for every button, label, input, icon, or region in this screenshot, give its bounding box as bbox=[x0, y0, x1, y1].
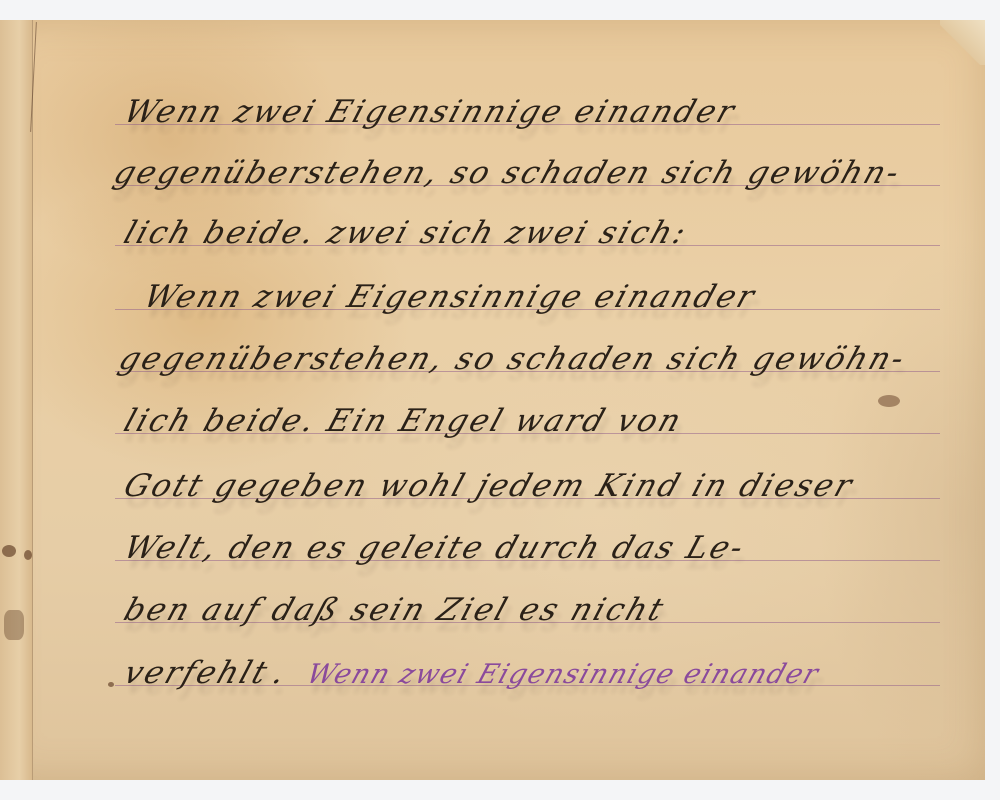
purple-ink-line: Wenn zwei Eigensinnige einander bbox=[303, 659, 823, 690]
handwritten-line: lich beide. zwei sich zwei sich: bbox=[120, 218, 960, 249]
ink-stain bbox=[2, 545, 16, 557]
handwritten-line: gegenüberstehen, so schaden sich gewöhn- bbox=[110, 158, 950, 189]
ink-stain bbox=[108, 682, 114, 687]
copybook-page: Wenn zwei Eigensinnige einander gegenübe… bbox=[0, 20, 985, 780]
handwritten-word: verfehlt bbox=[119, 655, 274, 691]
handwritten-line: ben auf daß sein Ziel es nicht bbox=[120, 595, 960, 626]
handwritten-line: Welt, den es geleite durch das Le- bbox=[120, 533, 960, 564]
handwritten-line: lich beide. Ein Engel ward von bbox=[120, 406, 960, 437]
handwritten-line-last: verfehlt.Wenn zwei Eigensinnige einander bbox=[120, 658, 960, 689]
page-binding bbox=[0, 20, 33, 780]
folded-corner bbox=[940, 20, 985, 65]
handwritten-line: gegenüberstehen, so schaden sich gewöhn- bbox=[115, 344, 955, 375]
ink-stain bbox=[4, 610, 24, 640]
ink-stain bbox=[24, 550, 32, 560]
handwritten-line: Wenn zwei Eigensinnige einander bbox=[120, 97, 960, 128]
handwritten-line: Wenn zwei Eigensinnige einander bbox=[140, 282, 980, 313]
handwritten-line: Gott gegeben wohl jedem Kind in dieser bbox=[120, 471, 960, 502]
